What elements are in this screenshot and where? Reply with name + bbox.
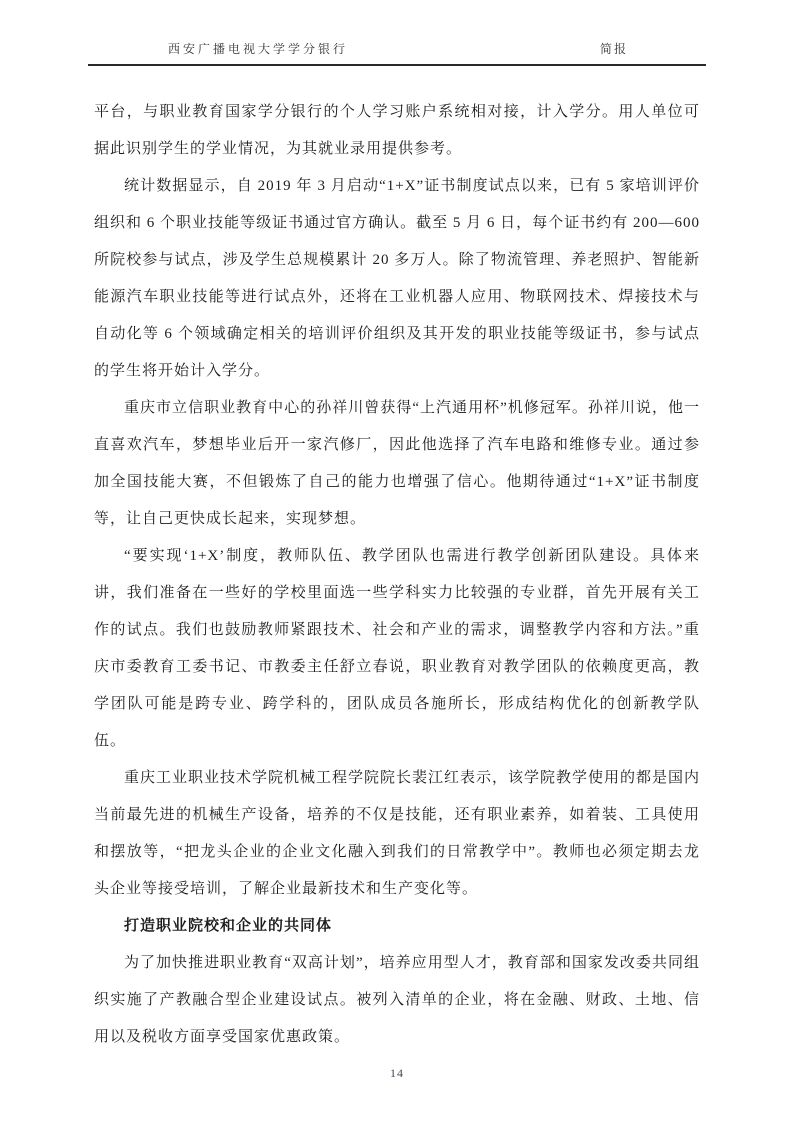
header-doc-type: 简报 — [600, 40, 628, 57]
paragraph-student-story: 重庆市立信职业教育中心的孙祥川曾获得“上汽通用杯”机修冠军。孙祥川说，他一直喜欢… — [94, 390, 700, 538]
document-body: 平台，与职业教育国家学分银行的个人学习账户系统相对接，计入学分。用人单位可据此识… — [94, 66, 700, 1056]
header-title: 西安广播电视大学学分银行 — [168, 40, 348, 57]
paragraph-teaching-teams: “要实现‘1+X’制度，教师队伍、教学团队也需进行教学创新团队建设。具体来讲，我… — [94, 538, 700, 760]
paragraph-continuation: 平台，与职业教育国家学分银行的个人学习账户系统相对接，计入学分。用人单位可据此识… — [94, 94, 700, 168]
page-header: 西安广播电视大学学分银行 简报 — [88, 0, 706, 66]
page-footer: 14 — [0, 1066, 794, 1081]
paragraph-shuanggao-plan: 为了加快推进职业教育“双高计划”，培养应用型人才，教育部和国家发改委共同组织实施… — [94, 945, 700, 1056]
page-number: 14 — [390, 1066, 404, 1080]
document-page: 西安广播电视大学学分银行 简报 平台，与职业教育国家学分银行的个人学习账户系统相… — [0, 0, 794, 1123]
paragraph-statistics: 统计数据显示，自 2019 年 3 月启动“1+X”证书制度试点以来，已有 5 … — [94, 168, 700, 390]
paragraph-college-equipment: 重庆工业职业技术学院机械工程学院院长裴江红表示，该学院教学使用的都是国内当前最先… — [94, 760, 700, 908]
section-heading: 打造职业院校和企业的共同体 — [94, 908, 700, 945]
